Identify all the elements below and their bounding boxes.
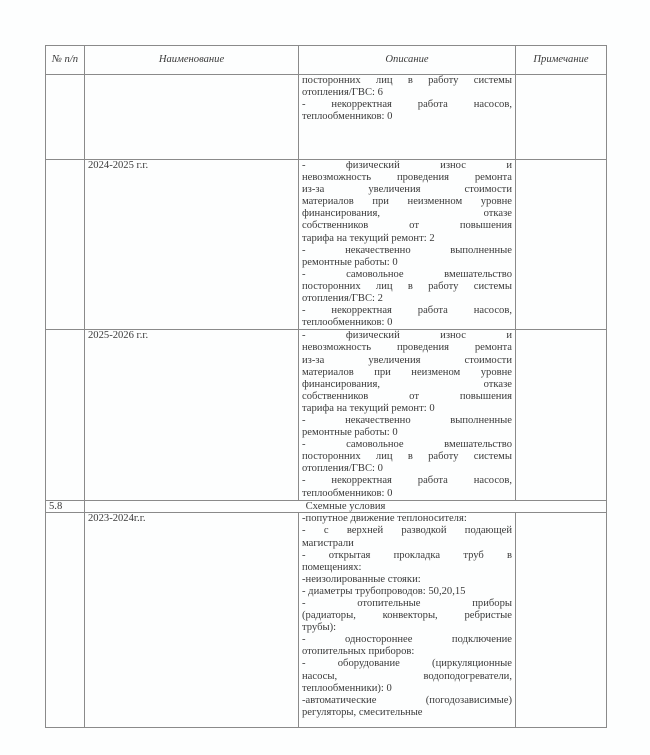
description-line: - самовольное вмешательство <box>302 439 512 451</box>
description-line: отопительных приборов: <box>302 646 512 658</box>
description-line: финансирования, отказе <box>302 208 512 220</box>
description-line: -автоматические (погодозависимые) <box>302 695 512 707</box>
description-line: собственников от повышения <box>302 220 512 232</box>
row-note <box>516 330 607 501</box>
description-line: - оборудование (циркуляционные <box>302 658 512 670</box>
section-row: 5.8 Схемные условия <box>46 501 607 513</box>
description-line: теплообменников: 0 <box>302 488 512 500</box>
description-line: посторонних лиц в работу системы <box>302 451 512 463</box>
description-line: собственников от повышения <box>302 391 512 403</box>
description-line: - с верхней разводкой подающей <box>302 525 512 537</box>
header-description: Описание <box>299 46 516 75</box>
description-line: магистрали <box>302 538 512 550</box>
description-line: -попутное движение теплоносителя: <box>302 513 512 525</box>
description-line: финансирования, отказе <box>302 379 512 391</box>
description-line: отопления/ГВС: 6 <box>302 87 512 99</box>
description-line: - некачественно выполненные <box>302 415 512 427</box>
description-line: регуляторы, смесительные <box>302 707 512 719</box>
description-line: материалов при неизменном уровне <box>302 196 512 208</box>
conditions-table: № п/п Наименование Описание Примечание п… <box>45 45 607 728</box>
description-line: тарифа на текущий ремонт: 2 <box>302 233 512 245</box>
table-row: 2025-2026 г.г. - физический износ иневоз… <box>46 330 607 501</box>
row-note <box>516 160 607 330</box>
row-number <box>46 513 85 728</box>
description-line: из-за увеличения стоимости <box>302 355 512 367</box>
description-line: отопления/ГВС: 0 <box>302 463 512 475</box>
header-name: Наименование <box>85 46 299 75</box>
description-line: - физический износ и <box>302 330 512 342</box>
row-description: посторонних лиц в работу системыотоплени… <box>299 75 516 160</box>
table-row: посторонних лиц в работу системыотоплени… <box>46 75 607 160</box>
description-line: невозможность проведения ремонта <box>302 172 512 184</box>
description-line: - некорректная работа насосов, <box>302 99 512 111</box>
header-note: Примечание <box>516 46 607 75</box>
row-name: 2024-2025 г.г. <box>85 160 299 330</box>
row-description: - физический износ иневозможность провед… <box>299 160 516 330</box>
description-line: насосы, водоподогреватели, <box>302 671 512 683</box>
description-line: посторонних лиц в работу системы <box>302 281 512 293</box>
row-description: -попутное движение теплоносителя:- с вер… <box>299 513 516 728</box>
row-number <box>46 160 85 330</box>
description-line: тарифа на текущий ремонт: 0 <box>302 403 512 415</box>
row-name: 2023-2024г.г. <box>85 513 299 728</box>
row-note <box>516 75 607 160</box>
description-line: трубы): <box>302 622 512 634</box>
table-header-row: № п/п Наименование Описание Примечание <box>46 46 607 75</box>
description-line: - некачественно выполненные <box>302 245 512 257</box>
description-line: материалов при неизменом уровне <box>302 367 512 379</box>
row-name: 2025-2026 г.г. <box>85 330 299 501</box>
description-line: - самовольное вмешательство <box>302 269 512 281</box>
description-line: - одностороннее подключение <box>302 634 512 646</box>
description-line: теплообменники): 0 <box>302 683 512 695</box>
description-line: - открытая прокладка труб в <box>302 550 512 562</box>
document-page: № п/п Наименование Описание Примечание п… <box>0 0 650 755</box>
description-line: - некорректная работа насосов, <box>302 305 512 317</box>
row-description: - физический износ иневозможность провед… <box>299 330 516 501</box>
row-note <box>516 513 607 728</box>
description-line: - некорректная работа насосов, <box>302 475 512 487</box>
section-number: 5.8 <box>46 501 85 513</box>
table-row: 2023-2024г.г. -попутное движение теплоно… <box>46 513 607 728</box>
row-name <box>85 75 299 160</box>
description-line: ремонтные работы: 0 <box>302 257 512 269</box>
description-line: теплообменников: 0 <box>302 111 512 123</box>
description-line: -неизолированные стояки: <box>302 574 512 586</box>
description-line: посторонних лиц в работу системы <box>302 75 512 87</box>
description-line: ремонтные работы: 0 <box>302 427 512 439</box>
description-line: помещениях: <box>302 562 512 574</box>
row-number <box>46 330 85 501</box>
description-line: из-за увеличения стоимости <box>302 184 512 196</box>
header-number: № п/п <box>46 46 85 75</box>
description-line: невозможность проведения ремонта <box>302 342 512 354</box>
description-line: - отопительные приборы <box>302 598 512 610</box>
description-line: - физический износ и <box>302 160 512 172</box>
description-line: отопления/ГВС: 2 <box>302 293 512 305</box>
section-title: Схемные условия <box>85 501 607 513</box>
row-number <box>46 75 85 160</box>
description-line: теплообменников: 0 <box>302 317 512 329</box>
description-line: (радиаторы, конвекторы, ребристые <box>302 610 512 622</box>
description-line: - диаметры трубопроводов: 50,20,15 <box>302 586 512 598</box>
table-row: 2024-2025 г.г. - физический износ иневоз… <box>46 160 607 330</box>
